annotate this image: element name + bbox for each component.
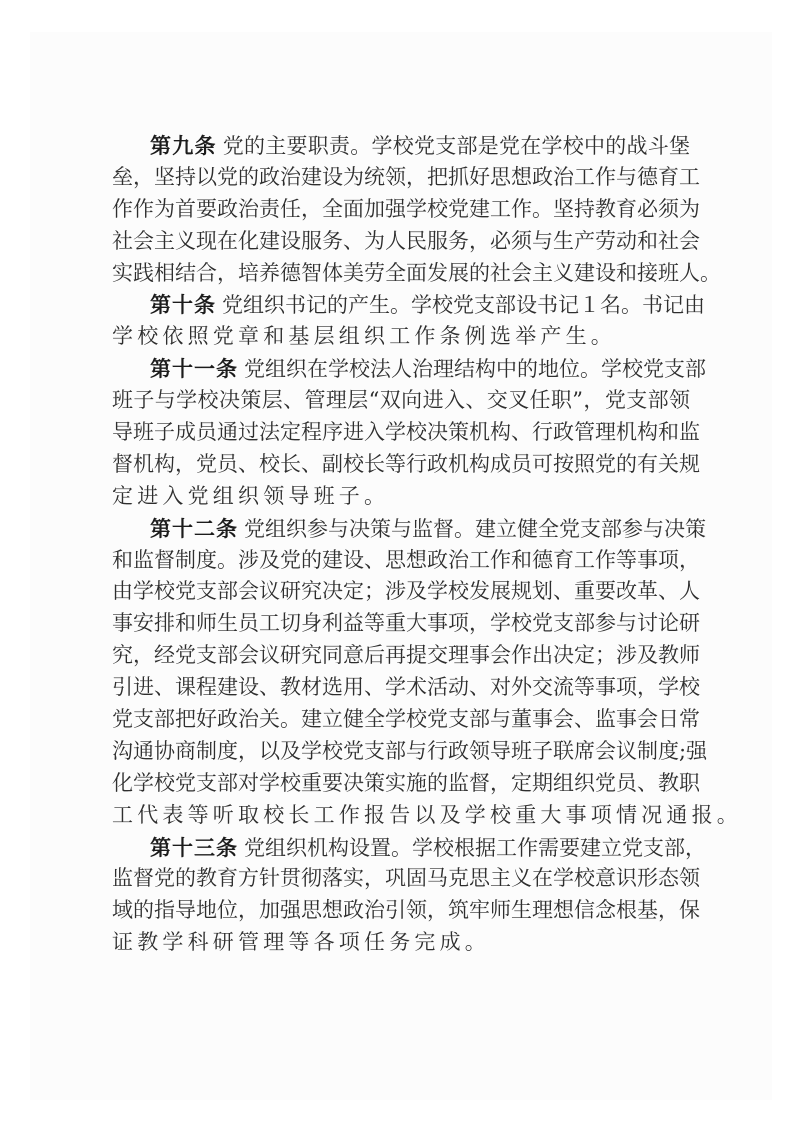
article-line: 党支部把好政治关。建立健全学校党支部与董事会、监事会日常 [112,704,690,736]
article-line: 班子与学校决策层、管理层“双向进入、交叉任职”，党支部领 [112,385,690,417]
article-number: 第十三条 [150,835,238,860]
article-line: 引进、课程建设、教材选用、学术活动、对外交流等事项，学校 [112,672,690,704]
article-line: 导班子成员通过法定程序进入学校决策机构、行政管理机构和监 [112,417,690,449]
article-number: 第十条 [150,292,216,317]
article-10: 第十条党组织书记的产生。学校党支部设书记１名。书记由 学校依照党章和基层组织工作… [112,289,690,353]
article-text: 党的主要职责。学校党支部是党在学校中的战斗堡 [223,134,690,158]
article-line: 实践相结合，培养德智体美劳全面发展的社会主义建设和接班人。 [112,258,690,290]
article-line: 作作为首要政治责任，全面加强学校党建工作。坚持教育必须为 [112,194,690,226]
article-12: 第十二条党组织参与决策与监督。建立健全党支部参与决策 和监督制度。涉及党的建设、… [112,513,690,832]
article-number: 第九条 [150,133,217,158]
article-line: 垒，坚持以党的政治建设为统领，把抓好思想政治工作与德育工 [112,162,690,194]
article-line: 第十条党组织书记的产生。学校党支部设书记１名。书记由 [112,289,690,321]
article-text: 党组织机构设置。学校根据工作需要建立党支部， [244,836,706,860]
article-text: 党组织参与决策与监督。建立健全党支部参与决策 [244,517,706,541]
article-line: 化学校党支部对学校重要决策实施的监督，定期组织党员、教职 [112,768,690,800]
article-number: 第十一条 [150,356,238,381]
article-line: 工代表等听取校长工作报告以及学校重大事项情况通报。 [112,800,690,832]
article-line: 第十三条党组织机构设置。学校根据工作需要建立党支部， [112,832,690,864]
article-9: 第九条党的主要职责。学校党支部是党在学校中的战斗堡 垒，坚持以党的政治建设为统领… [112,130,690,289]
document-body: 第九条党的主要职责。学校党支部是党在学校中的战斗堡 垒，坚持以党的政治建设为统领… [112,130,690,959]
article-line: 域的指导地位，加强思想政治引领，筑牢师生理想信念根基，保 [112,895,690,927]
article-line: 沟通协商制度，以及学校党支部与行政领导班子联席会议制度;强 [112,736,690,768]
article-number: 第十二条 [150,516,238,541]
article-line: 学校依照党章和基层组织工作条例选举产生。 [112,321,690,353]
article-line: 和监督制度。涉及党的建设、思想政治工作和德育工作等事项， [112,545,690,577]
article-13: 第十三条党组织机构设置。学校根据工作需要建立党支部， 监督党的教育方针贯彻落实，… [112,832,690,960]
article-line: 由学校党支部会议研究决定；涉及学校发展规划、重要改革、人 [112,576,690,608]
article-line: 定进入党组织领导班子。 [112,481,690,513]
article-text: 党组织在学校法人治理结构中的地位。学校党支部 [244,357,706,381]
article-line: 第十一条党组织在学校法人治理结构中的地位。学校党支部 [112,353,690,385]
article-line: 证教学科研管理等各项任务完成。 [112,927,690,959]
article-11: 第十一条党组织在学校法人治理结构中的地位。学校党支部 班子与学校决策层、管理层“… [112,353,690,512]
article-line: 监督党的教育方针贯彻落实，巩固马克思主义在学校意识形态领 [112,863,690,895]
article-text: 党组织书记的产生。学校党支部设书记１名。书记由 [222,293,705,317]
article-line: 督机构，党员、校长、副校长等行政机构成员可按照党的有关规 [112,449,690,481]
article-line: 第九条党的主要职责。学校党支部是党在学校中的战斗堡 [112,130,690,162]
article-line: 究，经党支部会议研究同意后再提交理事会作出决定；涉及教师 [112,640,690,672]
article-line: 社会主义现在化建设服务、为人民服务，必须与生产劳动和社会 [112,226,690,258]
article-line: 事安排和师生员工切身利益等重大事项，学校党支部参与讨论研 [112,608,690,640]
article-line: 第十二条党组织参与决策与监督。建立健全党支部参与决策 [112,513,690,545]
